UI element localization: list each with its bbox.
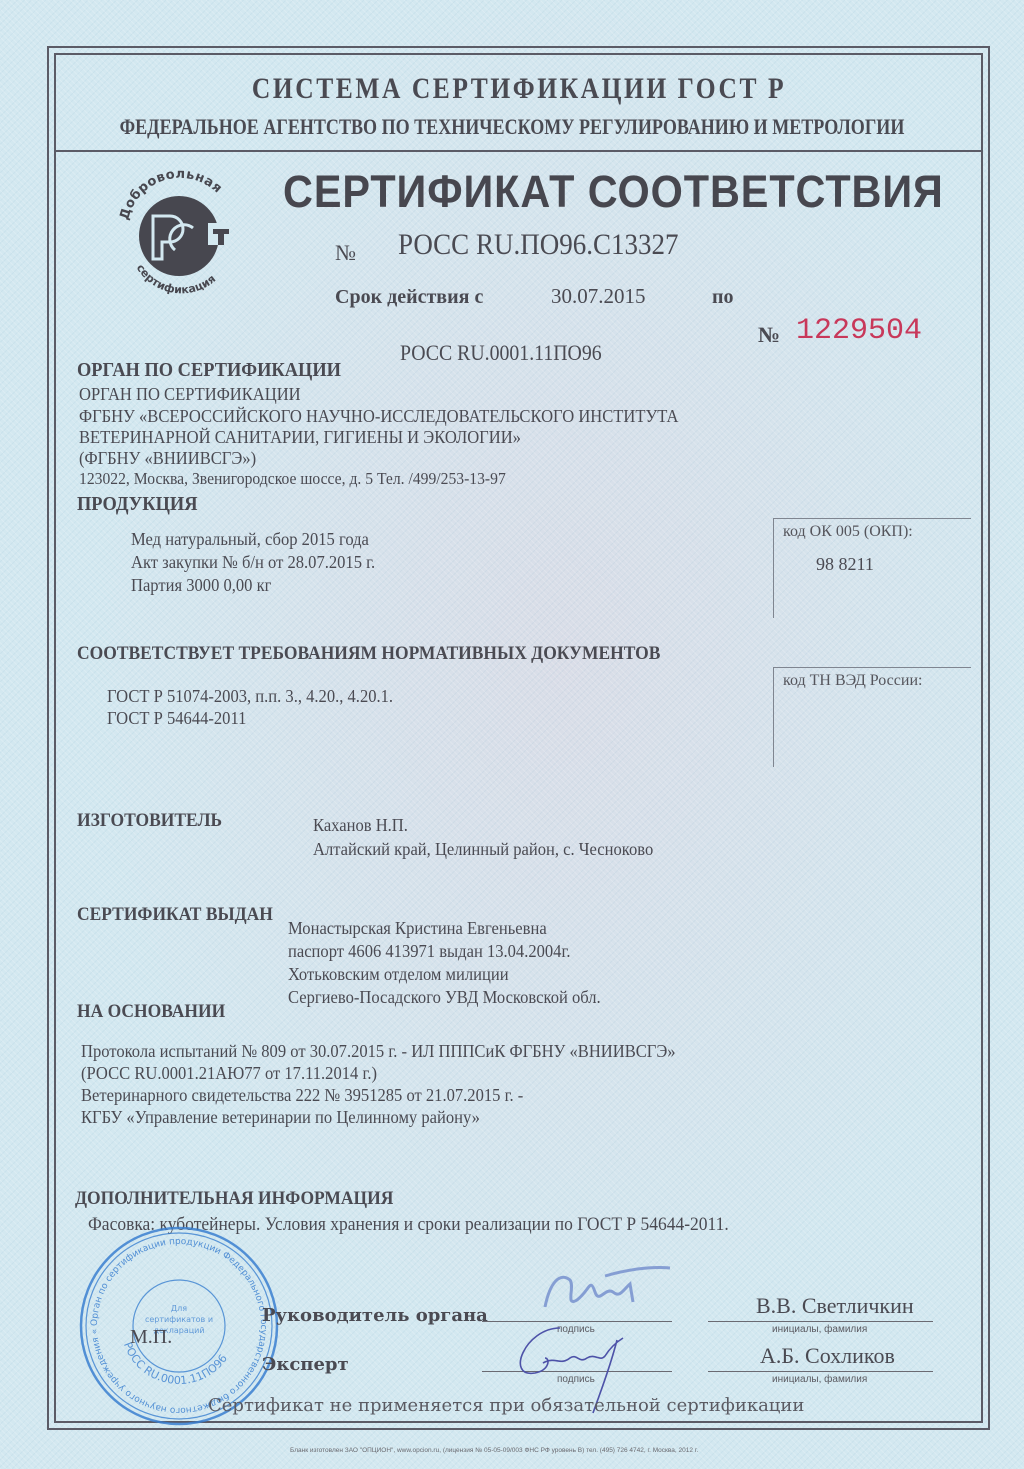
certification-body-code: РОСС RU.0001.11ПО96	[400, 340, 602, 366]
head-name-caption: инициалы, фамилия	[772, 1324, 867, 1335]
svg-text:сертификатов и: сертификатов и	[145, 1315, 213, 1324]
expert-name-caption: инициалы, фамилия	[772, 1374, 867, 1385]
head-of-body-label: Руководитель органа	[262, 1305, 488, 1326]
rst-logo-icon: Добровольная сертификация	[115, 168, 245, 298]
issued-to-line: Сергиево-Посадского УВД Московской обл.	[288, 987, 601, 1008]
compliance-heading: СООТВЕТСТВУЕТ ТРЕБОВАНИЯМ НОРМАТИВНЫХ ДО…	[77, 643, 660, 665]
agency-title: ФЕДЕРАЛЬНОЕ АГЕНТСТВО ПО ТЕХНИЧЕСКОМУ РЕ…	[92, 114, 932, 140]
voluntary-disclaimer: Сертификат не применяется при обязательн…	[208, 1395, 804, 1416]
certification-body-line: ВЕТЕРИНАРНОЙ САНИТАРИИ, ГИГИЕНЫ И ЭКОЛОГ…	[79, 427, 521, 448]
expert-name: А.Б. Сохликов	[760, 1343, 895, 1369]
number-sign: №	[335, 240, 356, 266]
form-printer-footer: Бланк изготовлен ЗАО "ОПЦИОН", www.opcio…	[290, 1447, 698, 1454]
system-title: СИСТЕМА СЕРТИФИКАЦИИ ГОСТ Р	[78, 72, 960, 106]
issued-to-line: Хотьковским отделом милиции	[288, 964, 509, 985]
certificate-title: СЕРТИФИКАТ СООТВЕТСТВИЯ	[283, 166, 944, 218]
okp-code-label: код ОК 005 (ОКП):	[783, 523, 913, 541]
certification-body-line: ОРГАН ПО СЕРТИФИКАЦИИ	[79, 384, 301, 405]
manufacturer-name: Каханов Н.П.	[313, 815, 408, 836]
manufacturer-address: Алтайский край, Целинный район, с. Чесно…	[313, 839, 653, 860]
validity-label: Срок действия с	[335, 286, 483, 309]
manufacturer-heading: ИЗГОТОВИТЕЛЬ	[77, 810, 222, 832]
certification-body-line: (ФГБНУ «ВНИИВСГЭ»)	[79, 448, 256, 469]
certification-body-heading: ОРГАН ПО СЕРТИФИКАЦИИ	[77, 359, 341, 382]
issued-to-line: паспорт 4606 413971 выдан 13.04.2004г.	[288, 941, 571, 962]
basis-line: Протокола испытаний № 809 от 30.07.2015 …	[81, 1041, 676, 1062]
product-line: Партия 3000 0,00 кг	[131, 575, 271, 596]
product-line: Акт закупки № б/н от 28.07.2015 г.	[131, 552, 375, 573]
head-name-line	[708, 1321, 933, 1322]
tnved-code-box: код ТН ВЭД России:	[773, 667, 971, 767]
tnved-code-label: код ТН ВЭД России:	[783, 672, 922, 690]
rst-voluntary-certification-logo: Добровольная сертификация	[115, 168, 245, 298]
okp-code-value: 98 8211	[816, 554, 874, 575]
additional-info-heading: ДОПОЛНИТЕЛЬНАЯ ИНФОРМАЦИЯ	[75, 1188, 393, 1210]
issued-to-heading: СЕРТИФИКАТ ВЫДАН	[77, 904, 273, 926]
head-signature-icon	[535, 1262, 675, 1322]
valid-from-date: 30.07.2015	[551, 284, 646, 309]
form-number-sign: №	[758, 322, 780, 348]
product-line: Мед натуральный, сбор 2015 года	[131, 529, 369, 550]
basis-line: КГБУ «Управление ветеринарии по Целинном…	[81, 1107, 480, 1128]
basis-line: Ветеринарного свидетельства 222 № 395128…	[81, 1085, 523, 1106]
svg-text:Для: Для	[171, 1304, 187, 1313]
basis-heading: НА ОСНОВАНИИ	[77, 1001, 225, 1023]
header-divider	[54, 150, 983, 152]
expert-label: Эксперт	[262, 1354, 349, 1375]
product-heading: ПРОДУКЦИЯ	[77, 493, 197, 516]
form-serial-number: 1229504	[796, 314, 922, 348]
certification-body-address: 123022, Москва, Звенигородское шоссе, д.…	[79, 469, 506, 489]
compliance-standard: ГОСТ Р 54644-2011	[107, 708, 246, 729]
issued-to-line: Монастырская Кристина Евгеньевна	[288, 918, 547, 939]
expert-name-line	[708, 1371, 933, 1372]
certification-body-line: ФГБНУ «ВСЕРОССИЙСКОГО НАУЧНО-ИССЛЕДОВАТЕ…	[79, 406, 678, 427]
compliance-standard: ГОСТ Р 51074-2003, п.п. 3., 4.20., 4.20.…	[107, 686, 393, 707]
certificate-number: РОСС RU.ПО96.С13327	[398, 228, 678, 262]
okp-code-box: код ОК 005 (ОКП): 98 8211	[773, 518, 971, 618]
basis-line: (РОСС RU.0001.21АЮ77 от 17.11.2014 г.)	[81, 1063, 377, 1084]
head-name: В.В. Светличкин	[756, 1293, 914, 1319]
seal-label: М.П.	[130, 1326, 172, 1349]
valid-to-label: по	[712, 286, 734, 309]
